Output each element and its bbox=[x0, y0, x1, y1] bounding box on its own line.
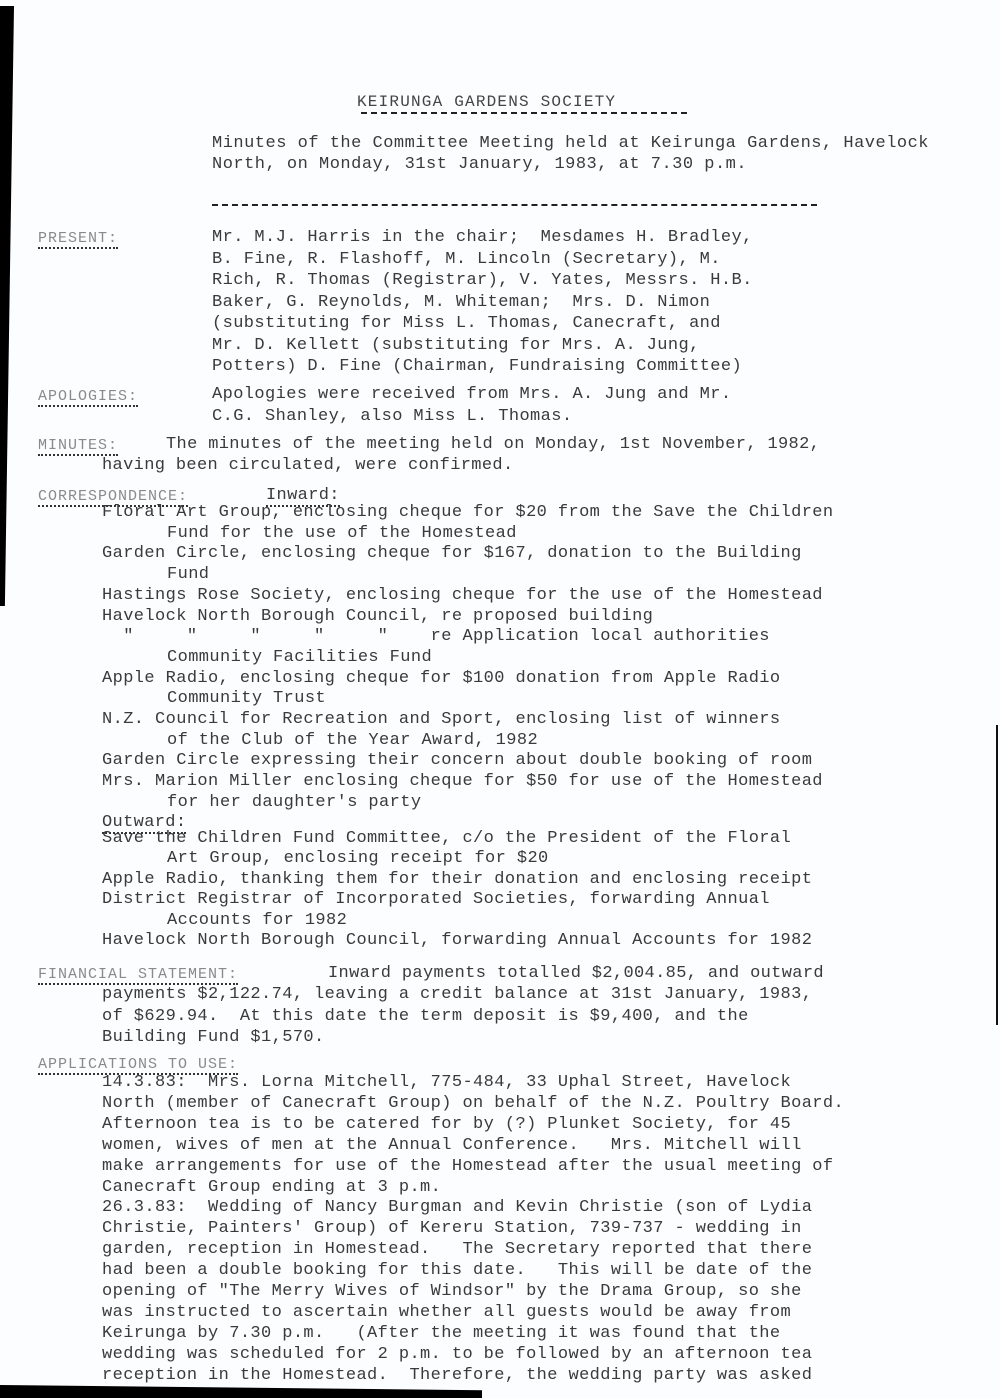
intro-rule bbox=[212, 204, 817, 206]
present-label: PRESENT: bbox=[38, 230, 118, 247]
present-line: Mr. M.J. Harris in the chair; Mesdames H… bbox=[212, 227, 753, 249]
present-line: Baker, G. Reynolds, M. Whiteman; Mrs. D.… bbox=[212, 292, 753, 314]
applications-section: 14.3.83: Mrs. Lorna Mitchell, 775-484, 3… bbox=[102, 1073, 844, 1387]
financial-line: of $629.94. At this date the term deposi… bbox=[102, 1006, 812, 1028]
application-line: wedding was scheduled for 2 p.m. to be f… bbox=[102, 1345, 844, 1366]
financial-text-1: Inward payments totalled $2,004.85, and … bbox=[328, 963, 824, 984]
application-line: Keirunga by 7.30 p.m. (After the meeting… bbox=[102, 1324, 844, 1345]
minutes-text-2: having been circulated, were confirmed. bbox=[102, 455, 514, 476]
application-line: reception in the Homestead. Therefore, t… bbox=[102, 1366, 844, 1387]
inward-item: Havelock North Borough Council, re propo… bbox=[102, 607, 834, 628]
present-line: Potters) D. Fine (Chairman, Fundraising … bbox=[212, 356, 753, 378]
application-line: 14.3.83: Mrs. Lorna Mitchell, 775-484, 3… bbox=[102, 1073, 844, 1094]
outward-item: Save the Children Fund Committee, c/o th… bbox=[102, 829, 812, 849]
application-line: North (member of Canecraft Group) on beh… bbox=[102, 1094, 844, 1115]
inward-item: Community Facilities Fund bbox=[102, 648, 834, 669]
present-line: (substituting for Miss L. Thomas, Canecr… bbox=[212, 313, 753, 335]
application-line: Afternoon tea is to be catered for by (?… bbox=[102, 1115, 844, 1136]
apologies-line: Apologies were received from Mrs. A. Jun… bbox=[212, 384, 731, 406]
application-line: women, wives of men at the Annual Confer… bbox=[102, 1136, 844, 1157]
outward-item: Havelock North Borough Council, forwardi… bbox=[102, 931, 812, 951]
apologies-section: Apologies were received from Mrs. A. Jun… bbox=[212, 384, 731, 427]
inward-item: of the Club of the Year Award, 1982 bbox=[102, 731, 834, 752]
application-line: had been a double booking for this date.… bbox=[102, 1261, 844, 1282]
applications-label: APPLICATIONS TO USE: bbox=[38, 1056, 238, 1073]
minutes-label: MINUTES: bbox=[38, 437, 118, 454]
application-line: was instructed to ascertain whether all … bbox=[102, 1303, 844, 1324]
application-line: opening of "The Merry Wives of Windsor" … bbox=[102, 1282, 844, 1303]
inward-item: Apple Radio, enclosing cheque for $100 d… bbox=[102, 669, 834, 690]
scan-edge-left bbox=[0, 6, 14, 606]
inward-item: Fund bbox=[102, 565, 834, 586]
inward-item: Garden Circle expressing their concern a… bbox=[102, 751, 834, 772]
inward-item: " " " " " re Application local authoriti… bbox=[102, 627, 834, 648]
financial-line: payments $2,122.74, leaving a credit bal… bbox=[102, 984, 812, 1006]
present-line: B. Fine, R. Flashoff, M. Lincoln (Secret… bbox=[212, 249, 753, 271]
inward-item: for her daughter's party bbox=[102, 793, 834, 814]
inward-item: Floral Art Group, enclosing cheque for $… bbox=[102, 503, 834, 524]
apologies-line: C.G. Shanley, also Miss L. Thomas. bbox=[212, 406, 731, 428]
outward-item: Accounts for 1982 bbox=[102, 911, 812, 931]
application-line: 26.3.83: Wedding of Nancy Burgman and Ke… bbox=[102, 1198, 844, 1219]
financial-section: payments $2,122.74, leaving a credit bal… bbox=[102, 984, 812, 1049]
outward-item: Apple Radio, thanking them for their don… bbox=[102, 870, 812, 890]
outward-item: Art Group, enclosing receipt for $20 bbox=[102, 849, 812, 869]
inward-item: Hastings Rose Society, enclosing cheque … bbox=[102, 586, 834, 607]
meeting-intro: Minutes of the Committee Meeting held at… bbox=[212, 133, 932, 175]
outward-list: Save the Children Fund Committee, c/o th… bbox=[102, 829, 812, 951]
inward-item: Mrs. Marion Miller enclosing cheque for … bbox=[102, 772, 834, 793]
application-line: make arrangements for use of the Homeste… bbox=[102, 1157, 844, 1178]
present-line: Mr. D. Kellett (substituting for Mrs. A.… bbox=[212, 335, 753, 357]
financial-line: Building Fund $1,570. bbox=[102, 1027, 812, 1049]
inward-item: Garden Circle, enclosing cheque for $167… bbox=[102, 544, 834, 565]
outward-item: District Registrar of Incorporated Socie… bbox=[102, 890, 812, 910]
scan-edge-right bbox=[996, 725, 998, 1025]
apologies-label: APOLOGIES: bbox=[38, 388, 138, 405]
title-underline bbox=[361, 112, 687, 114]
inward-item: Community Trust bbox=[102, 689, 834, 710]
application-line: garden, reception in Homestead. The Secr… bbox=[102, 1240, 844, 1261]
financial-label: FINANCIAL STATEMENT: bbox=[38, 966, 238, 983]
inward-item: N.Z. Council for Recreation and Sport, e… bbox=[102, 710, 834, 731]
inward-list: Floral Art Group, enclosing cheque for $… bbox=[102, 503, 834, 814]
minutes-text-1: The minutes of the meeting held on Monda… bbox=[166, 434, 820, 455]
present-section: Mr. M.J. Harris in the chair; Mesdames H… bbox=[212, 227, 753, 378]
application-line: Canecraft Group ending at 3 p.m. bbox=[102, 1178, 844, 1199]
present-line: Rich, R. Thomas (Registrar), V. Yates, M… bbox=[212, 270, 753, 292]
scan-edge-bottom bbox=[0, 1385, 482, 1398]
inward-item: Fund for the use of the Homestead bbox=[102, 524, 834, 545]
application-line: Christie, Painters' Group) of Kereru Sta… bbox=[102, 1219, 844, 1240]
document-title: KEIRUNGA GARDENS SOCIETY bbox=[357, 92, 616, 113]
